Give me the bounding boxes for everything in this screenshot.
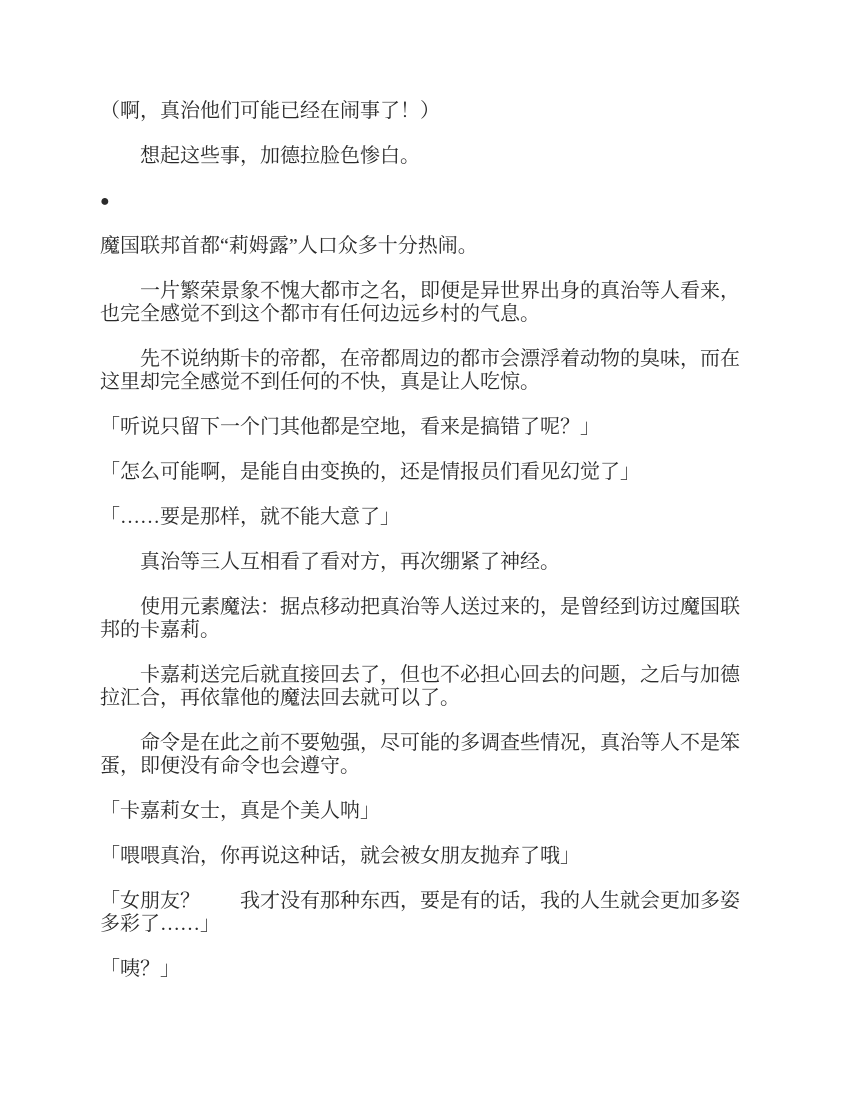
paragraph: 卡嘉莉送完后就直接回去了，但也不必担心回去的问题，之后与加德拉汇合，再依靠他的魔… [100,664,751,710]
paragraph: 先不说纳斯卡的帝都，在帝都周边的都市会漂浮着动物的臭味，而在这里却完全感觉不到任… [100,348,751,394]
paragraph: 命令是在此之前不要勉强，尽可能的多调查些情况，真治等人不是笨蛋，即便没有命令也会… [100,732,751,778]
paragraph: 「卡嘉莉女士，真是个美人呐」 [100,800,751,823]
paragraph: 魔国联邦首都“莉姆露”人口众多十分热闹。 [100,235,751,258]
paragraph: 「怎么可能啊，是能自由变换的，还是情报员们看见幻觉了」 [100,461,751,484]
paragraph: 「听说只留下一个门其他都是空地，看来是搞错了呢？」 [100,416,751,439]
paragraph: 「喂喂真治，你再说这种话，就会被女朋友抛弃了哦」 [100,845,751,868]
paragraph: 想起这些事，加德拉脸色惨白。 [100,145,751,168]
paragraph: 真治等三人互相看了看对方，再次绷紧了神经。 [100,551,751,574]
paragraph: 「……要是那样，就不能大意了」 [100,506,751,529]
text-content: （啊，真治他们可能已经在闹事了！）想起这些事，加德拉脸色惨白。●魔国联邦首都“莉… [100,100,751,981]
paragraph: 「咦？」 [100,958,751,981]
paragraph: 一片繁荣景象不愧大都市之名，即便是异世界出身的真治等人看来，也完全感觉不到这个都… [100,280,751,326]
paragraph: 使用元素魔法：据点移动把真治等人送过来的，是曾经到访过魔国联邦的卡嘉莉。 [100,596,751,642]
paragraph: 「女朋友？ 我才没有那种东西，要是有的话，我的人生就会更加多姿多彩了……」 [100,890,751,936]
section-separator: ● [100,190,751,213]
novel-page: （啊，真治他们可能已经在闹事了！）想起这些事，加德拉脸色惨白。●魔国联邦首都“莉… [0,0,850,1100]
paragraph: （啊，真治他们可能已经在闹事了！） [100,100,751,123]
